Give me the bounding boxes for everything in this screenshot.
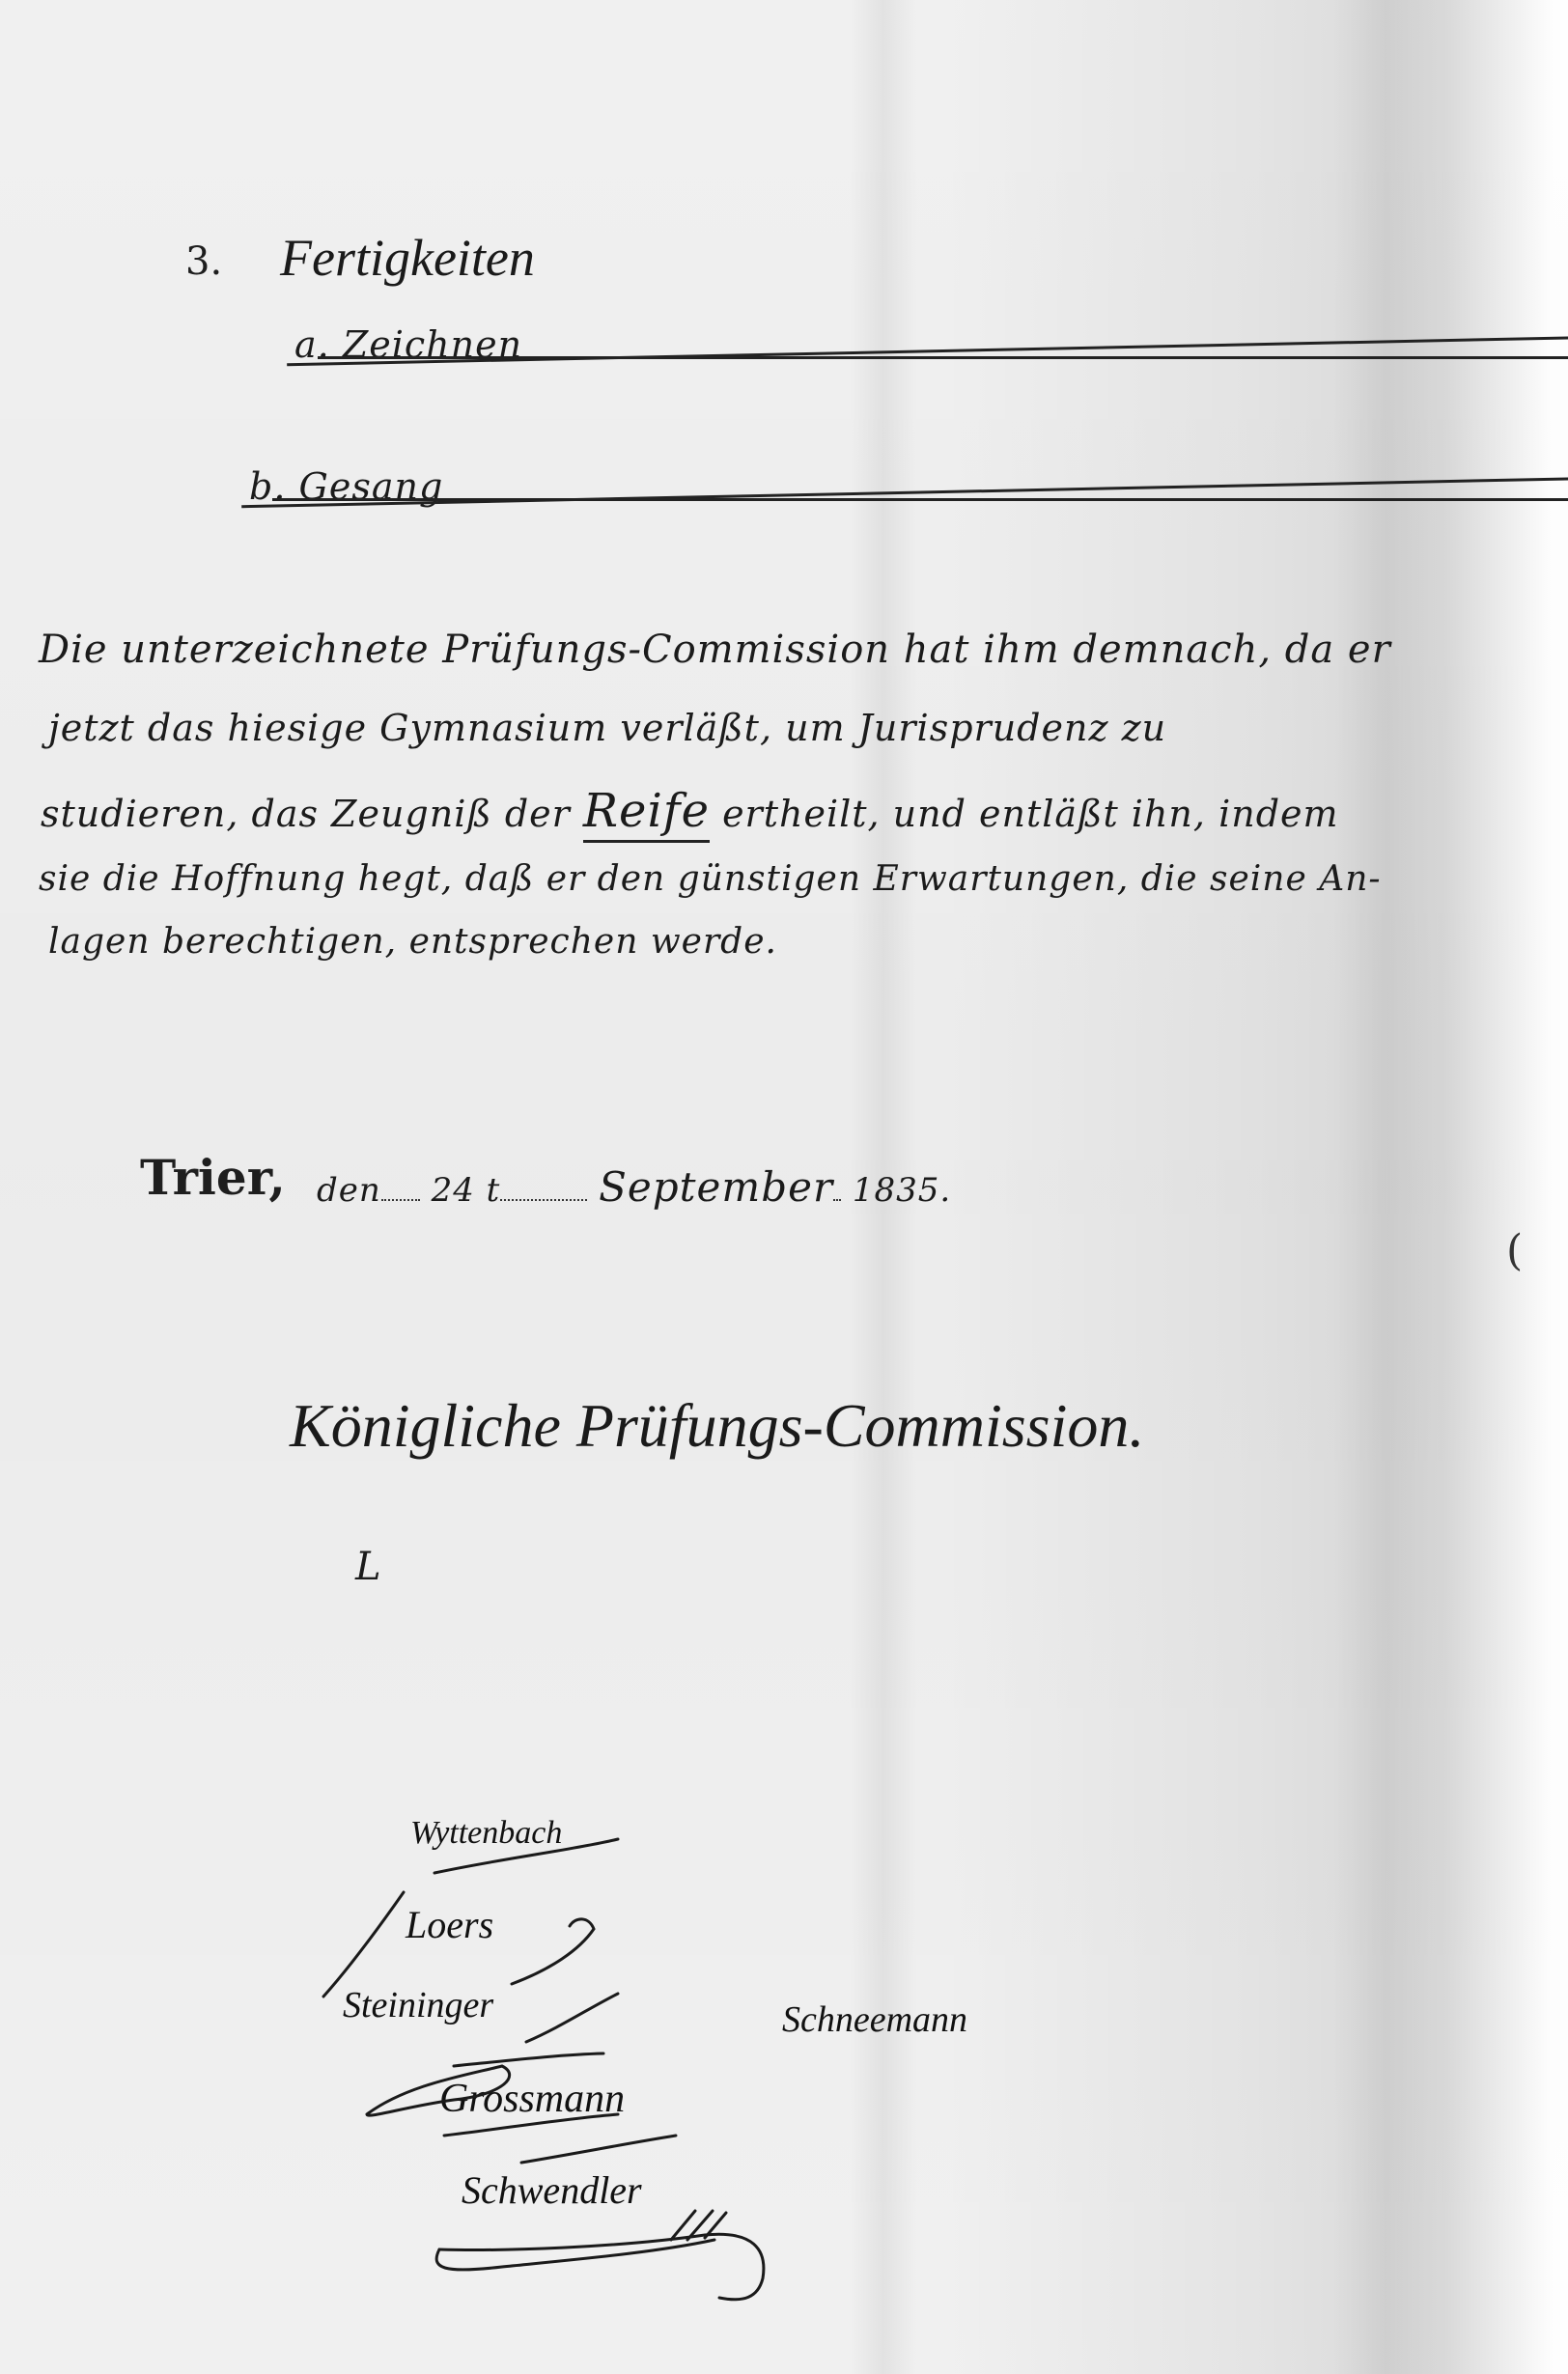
signature-flourishes <box>0 0 1568 2374</box>
